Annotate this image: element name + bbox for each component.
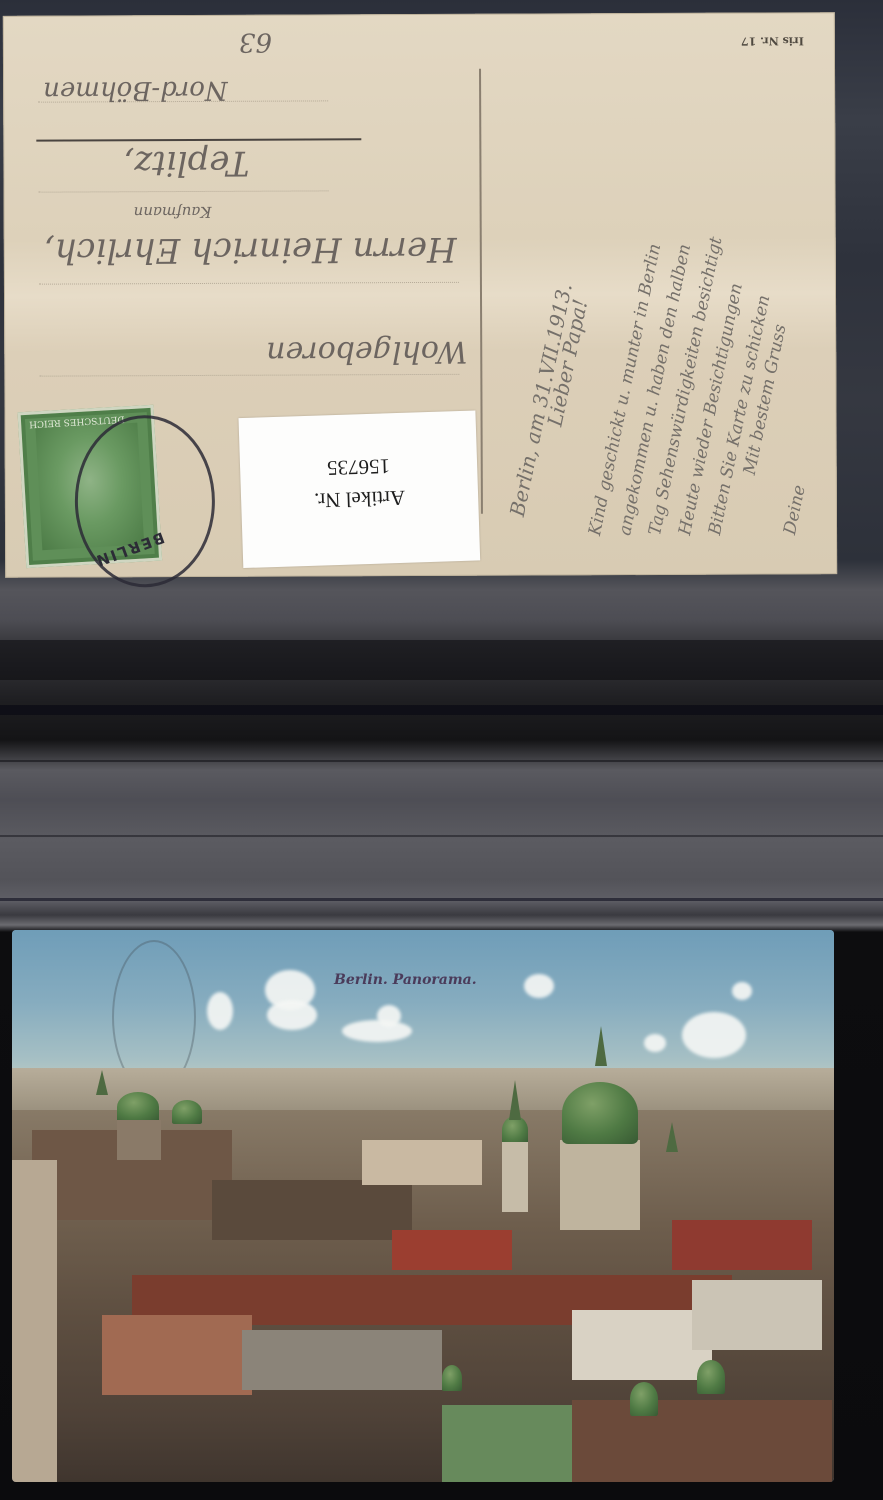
address-recipient: Herrn Heinrich Ehrlich, — [44, 229, 457, 271]
building — [392, 1230, 512, 1270]
cloud — [644, 1034, 666, 1052]
dome — [172, 1100, 202, 1124]
street — [12, 1160, 57, 1482]
cloud — [524, 974, 554, 998]
postcard-back: Iris Nr. 17 63 Nord-Böhmen Teplitz, Kauf… — [3, 12, 837, 578]
cloud — [377, 1005, 401, 1027]
tower-spire — [509, 1080, 521, 1120]
address-town: Teplitz, — [123, 143, 249, 184]
note-number: 63 — [239, 27, 272, 57]
building-green-roof — [442, 1405, 582, 1482]
publisher-mark: Iris Nr. 17 — [741, 34, 804, 47]
scan-streak — [0, 898, 883, 901]
tower-dome — [502, 1116, 528, 1144]
building — [362, 1140, 482, 1185]
article-label: 156735 Artikel Nr. — [238, 410, 480, 568]
cloud — [732, 982, 752, 1000]
cloud — [207, 992, 233, 1030]
address-line — [39, 190, 329, 192]
scan-streak — [0, 760, 883, 762]
address-occupation: Kaufmann — [134, 203, 212, 221]
dome — [697, 1360, 725, 1394]
tower-spire — [666, 1122, 678, 1152]
building — [242, 1330, 442, 1390]
scan-streak — [0, 835, 883, 837]
dome — [630, 1382, 658, 1416]
building — [692, 1280, 822, 1350]
cloud — [682, 1012, 746, 1058]
dome — [442, 1365, 462, 1391]
dome — [117, 1092, 159, 1122]
address-line — [39, 374, 459, 377]
spire — [96, 1070, 108, 1095]
address-region: Nord-Böhmen — [43, 75, 228, 106]
address-underline — [36, 138, 361, 141]
building — [572, 1400, 832, 1482]
article-number: 156735 — [240, 450, 478, 483]
cathedral-lantern — [595, 1026, 607, 1066]
postcard-front: Berlin. Panorama. — [12, 930, 834, 1482]
cathedral-body — [560, 1140, 640, 1230]
building — [117, 1120, 161, 1160]
address-line — [39, 282, 459, 285]
scan-streak — [0, 640, 883, 680]
cloud — [342, 1020, 412, 1042]
scan-streak — [0, 705, 883, 715]
tower — [502, 1142, 528, 1212]
building — [672, 1220, 812, 1270]
message-line: Deine — [780, 483, 810, 536]
cathedral-dome — [562, 1082, 638, 1144]
postcard-title: Berlin. Panorama. — [334, 972, 477, 988]
card-divider — [479, 69, 483, 514]
building — [572, 1310, 712, 1380]
address-salutation: Wohlgeboren — [266, 334, 468, 370]
cloud — [267, 1000, 317, 1030]
article-label-title: Artikel Nr. — [241, 482, 479, 515]
building — [102, 1315, 252, 1395]
building — [212, 1180, 412, 1240]
